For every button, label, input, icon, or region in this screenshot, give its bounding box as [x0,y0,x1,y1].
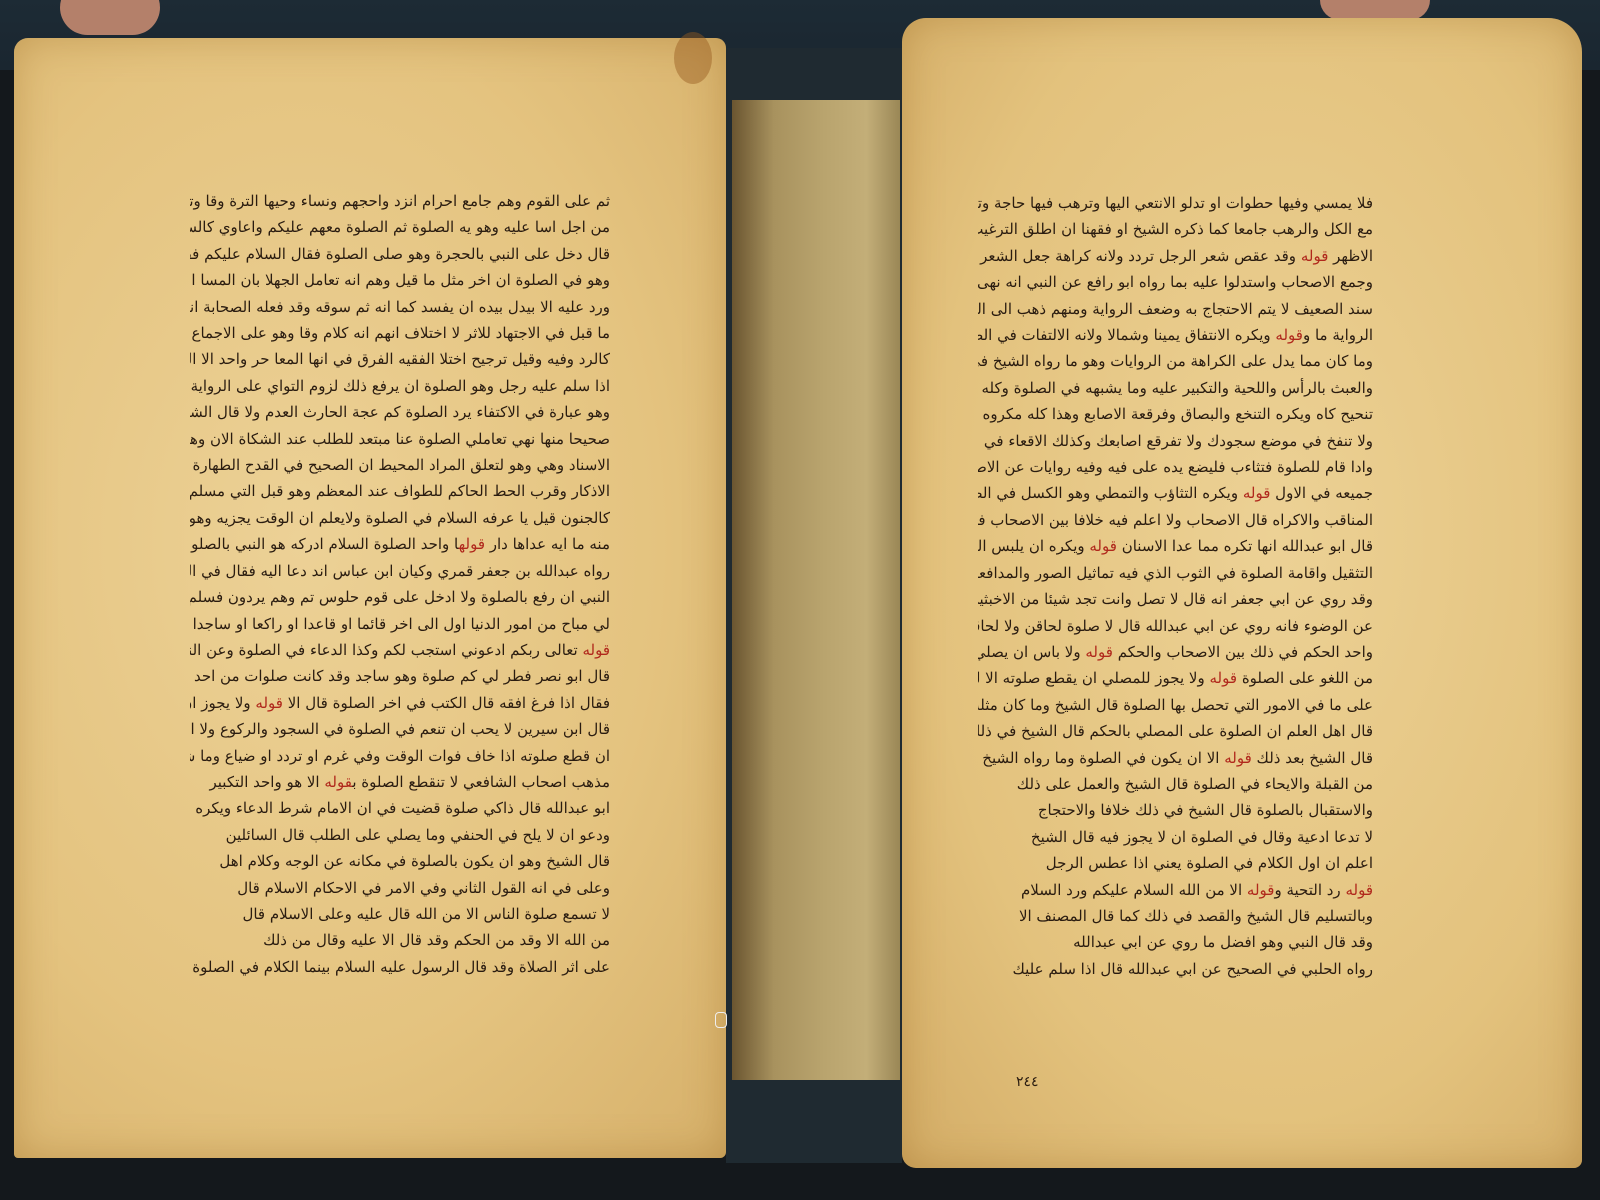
manuscript-line: قال ابن سيرين لا يحب ان تنعم في الصلوة ف… [190,716,610,742]
manuscript-line: الرواية ما وقوله ويكره الانتفاق يمينا وش… [978,322,1373,348]
manuscript-line: صحيحا منها نهي تعاملي الصلوة عنا مبتعد ل… [190,426,610,452]
manuscript-line: ودعو ان لا يلح في الحنفي وما يصلي على ال… [190,822,610,848]
manuscript-line: واحد الحكم في ذلك بين الاصحاب والحكم قول… [978,639,1373,665]
manuscript-line: وعلى في انه القول الثاني وفي الامر في ال… [190,875,610,901]
manuscript-line: الاذكار وقرب الحط الحاكم للطواف عند المع… [190,478,610,504]
manuscript-line: لي مباح من امور الدنيا اول الى اخر قائما… [190,611,610,637]
manuscript-line: المناقب والاكراه قال الاصحاب ولا اعلم في… [978,507,1373,533]
manuscript-line: الاظهر قوله وقد عقص شعر الرجل تردد ولانه… [978,243,1373,269]
manuscript-line: ورد عليه الا بيدل بيده ان يفسد كما انه ث… [190,294,610,320]
rubric-word: قوله [582,641,610,659]
blank-inner-leaf [732,100,900,1080]
left-page-text: ثم على القوم وهم جامع احرام انزد واحجهم … [190,188,610,988]
manuscript-line: كالرد وفيه وقيل ترجيح اختلا الفقيه الفرق… [190,346,610,372]
manuscript-line: رواه الحلبي في الصحيح عن ابي عبدالله قال… [978,956,1373,982]
manuscript-line: منه ما ايه عداها دار قولها واحد الصلوة ا… [190,531,610,557]
manuscript-line: كالجنون قيل يا عرفه السلام في الصلوة ولا… [190,505,610,531]
manuscript-line: ابو عبدالله قال ذاكي صلوة قضيت في ان الا… [190,795,610,821]
rubric-word: قوله [459,535,485,553]
manuscript-line: قوله تعالى ربكم ادعوني استجب لكم وكذا ال… [190,637,610,663]
manuscript-line: من الله الا وقد من الحكم وقد قال الا علي… [190,927,610,953]
hand-left [60,0,160,35]
manuscript-line: قال اهل العلم ان الصلوة على المصلي بالحك… [978,718,1373,744]
manuscript-line: سند الصعيف لا يتم الاحتجاج به وضعف الروا… [978,296,1373,322]
manuscript-line: قال ابو نصر فطر لي كم صلوة وهو ساجد وقد … [190,663,610,689]
manuscript-line: التثقيل واقامة الصلوة في الثوب الذي فيه … [978,560,1373,586]
manuscript-line: وقد قال النبي وهو افضل ما روي عن ابي عبد… [978,929,1373,955]
rubric-word: قوله [255,694,283,712]
thread-marker [715,1012,727,1028]
manuscript-line: الاسناد وهي وهو لتعلق المراد المحيط ان ا… [190,452,610,478]
manuscript-line: قال الشيخ بعد ذلك قوله الا ان يكون في ال… [978,745,1373,771]
manuscript-line: اعلم ان اول الكلام في الصلوة يعني اذا عط… [978,850,1373,876]
rubric-word: قوله [1085,643,1113,661]
manuscript-line: عن الوضوء فانه روي عن ابي عبدالله قال لا… [978,613,1373,639]
rubric-word: قوله [1224,749,1252,767]
rubric-word: قوله [1089,537,1117,555]
rubric-word: قوله [1243,484,1271,502]
rubric-word: قوله [1275,326,1303,344]
manuscript-line: لا تسمع صلوة الناس الا من الله قال عليه … [190,901,610,927]
manuscript-line: ان قطع صلوته اذا خاف فوات الوقت وفي غرم … [190,743,610,769]
manuscript-line: تنحيح كاه ويكره التنخع والبصاق وفرقعة ال… [978,401,1373,427]
damage-stain [674,32,712,84]
manuscript-line: وهو عبارة في الاكتفاء يرد الصلوة كم عجة … [190,399,610,425]
manuscript-line: من القبلة والايحاء في الصلوة قال الشيخ و… [978,771,1373,797]
manuscript-line: مذهب اصحاب الشافعي لا تنقطع الصلوة بقوله… [190,769,610,795]
manuscript-line: من اجل اسا عليه وهو يه الصلوة ثم الصلوة … [190,214,610,240]
manuscript-line: من اللغو على الصلوة قوله ولا يجوز للمصلي… [978,665,1373,691]
folio-number: ٢٤٤ [1016,1074,1039,1090]
rubric-word: قوله [324,773,352,791]
manuscript-line: قال ابو عبدالله انها تكره مما عدا الاسنا… [978,533,1373,559]
manuscript-line: قوله رد التحية وقوله الا من الله السلام … [978,877,1373,903]
manuscript-line: على ما في الامور التي تحصل بها الصلوة قا… [978,692,1373,718]
manuscript-line: لا تدعا ادعية وقال في الصلوة ان لا يجوز … [978,824,1373,850]
manuscript-line: وهو في الصلوة ان اخر مثل ما قيل وهم انه … [190,267,610,293]
manuscript-line: اذا سلم عليه رجل وهو الصلوة ان يرفع ذلك … [190,373,610,399]
manuscript-line: مع الكل والرهب جامعا كما ذكره الشيخ او ف… [978,216,1373,242]
rubric-word: قوله [1247,881,1275,899]
hand-right [1320,0,1430,20]
right-page-text: فلا يمسي وفيها حطوات او تدلو الانتعي الي… [978,190,1373,990]
manuscript-line: على اثر الصلاة وقد قال الرسول عليه السلا… [190,954,610,980]
manuscript-line: قال دخل على النبي بالحجرة وهو صلى الصلوة… [190,241,610,267]
rubric-word: قوله [1345,881,1373,899]
manuscript-line: ثم على القوم وهم جامع احرام انزد واحجهم … [190,188,610,214]
rubric-word: قوله [1210,669,1238,687]
rubric-word: قوله [1301,247,1329,265]
manuscript-line: والاستقبال بالصلوة قال الشيخ في ذلك خلاف… [978,797,1373,823]
manuscript-line: ولا تنفخ في موضع سجودك ولا تفرقع اصابعك … [978,428,1373,454]
manuscript-line: وقد روي عن ابي جعفر انه قال لا تصل وانت … [978,586,1373,612]
manuscript-line: والعبث بالرأس واللحية والتكبير عليه وما … [978,375,1373,401]
manuscript-line: جميعه في الاول قوله ويكره التثاؤب والتمط… [978,480,1373,506]
manuscript-line: وجمع الاصحاب واستدلوا عليه بما رواه ابو … [978,269,1373,295]
manuscript-line: فقال اذا فرغ افقه قال الكتب في اخر الصلو… [190,690,610,716]
manuscript-line: ما قبل في الاجتهاد للاثر لا اختلاف انهم … [190,320,610,346]
manuscript-line: وما كان مما يدل على الكراهة من الروايات … [978,348,1373,374]
manuscript-line: رواه عبدالله بن جعفر قمري وكيان ابن عباس… [190,558,610,584]
manuscript-line: فلا يمسي وفيها حطوات او تدلو الانتعي الي… [978,190,1373,216]
manuscript-line: وادا قام للصلوة فتثاءب فليضع يده على فيه… [978,454,1373,480]
manuscript-line: قال الشيخ وهو ان يكون بالصلوة في مكانه ع… [190,848,610,874]
manuscript-line: وبالتسليم قال الشيخ والقصد في ذلك كما قا… [978,903,1373,929]
manuscript-line: النبي ان رفع بالصلوة ولا ادخل على قوم حل… [190,584,610,610]
